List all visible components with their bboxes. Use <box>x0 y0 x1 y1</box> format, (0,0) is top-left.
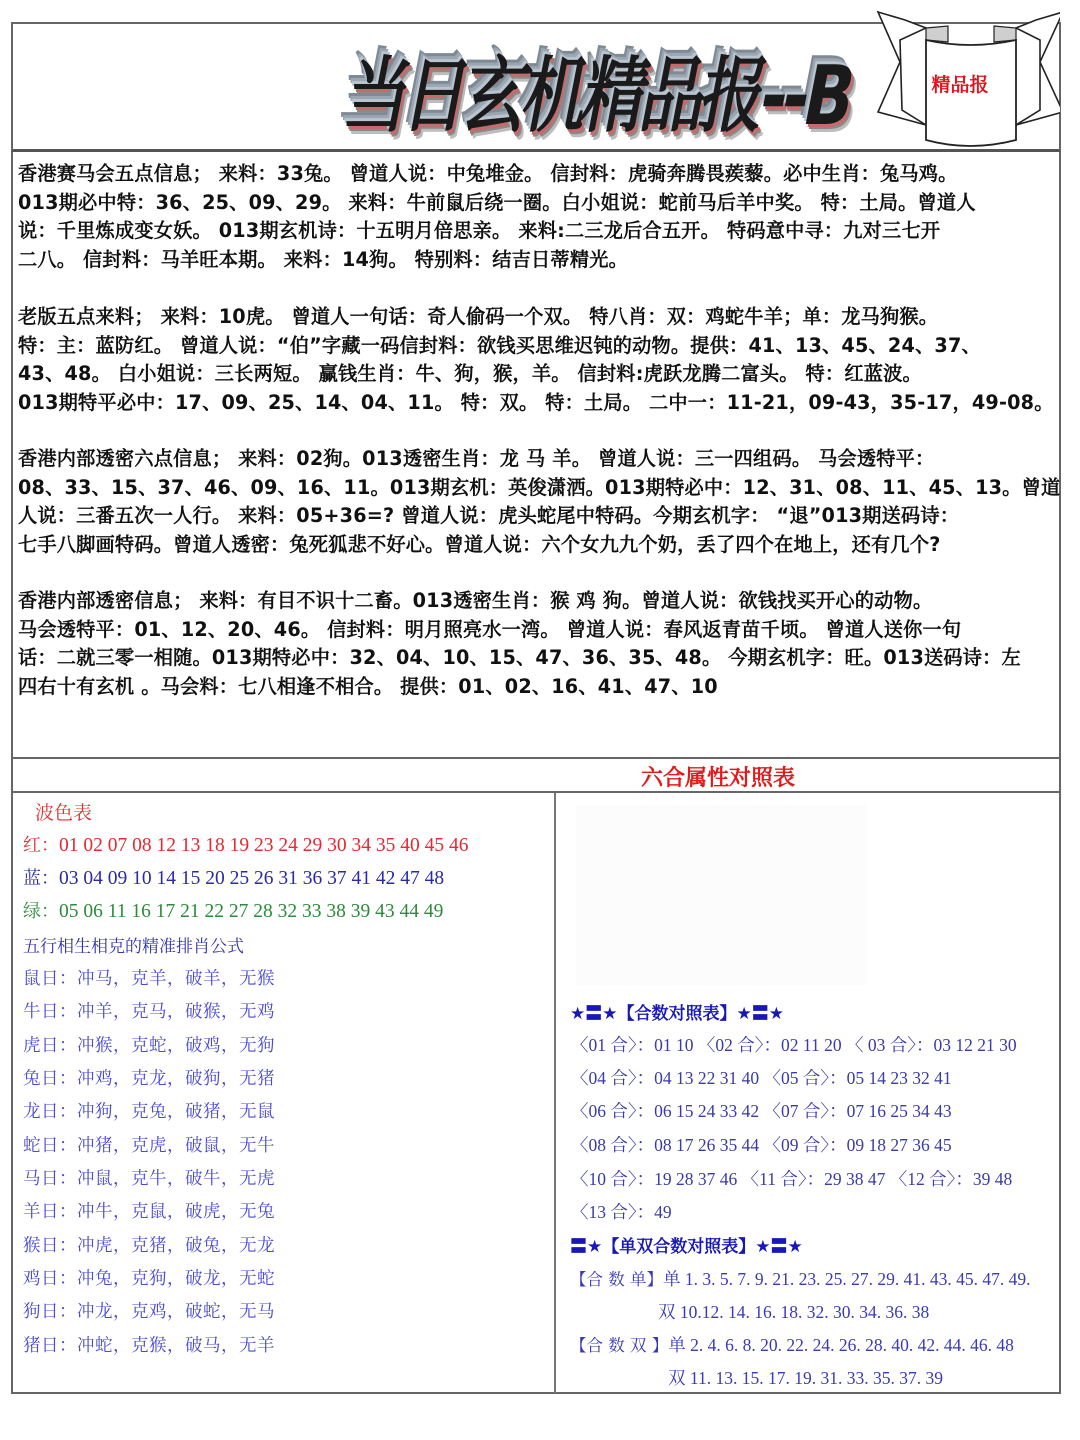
table-title: 六合属性对照表 <box>553 761 883 792</box>
zodiac-row: 牛日：冲羊，克马，破猴，无鸡 <box>23 998 275 1023</box>
odd-even-row: 双 11. 13. 15. 17. 19. 31. 33. 35. 37. 39 <box>668 1365 943 1390</box>
info-line: 话：二就三零一相随。013期特必中：32、04、10、15、47、36、35、4… <box>18 644 1063 673</box>
info-line: 香港赛马会五点信息； 来料：33兔。 曾道人说：中兔堆金。 信封料：虎骑奔腾畏蒺… <box>18 160 1063 189</box>
wave-color-title: 波色表 <box>35 798 92 825</box>
wave-label: 绿： <box>23 901 59 922</box>
info-line: 香港内部透密信息； 来料：有目不识十二畜。013透密生肖：猴 鸡 狗。曾道人说：… <box>18 587 1063 616</box>
badge-label: 精品报 <box>922 70 998 97</box>
odd-even-row: 【合 数 双 】单 2. 4. 6. 8. 20. 22. 24. 26. 28… <box>570 1332 1014 1357</box>
odd-even-prefix: 【合 数 单】 <box>570 1270 663 1289</box>
wave-numbers: 05 06 11 16 17 21 22 27 28 32 33 38 39 4… <box>59 901 443 922</box>
info-paragraph-1: 香港赛马会五点信息； 来料：33兔。 曾道人说：中兔堆金。 信封料：虎骑奔腾畏蒺… <box>18 160 1063 275</box>
wave-row-red: 红：01 02 07 08 12 13 18 19 23 24 29 30 34… <box>23 831 469 857</box>
odd-even-values: 双 11. 13. 15. 17. 19. 31. 33. 35. 37. 39 <box>668 1368 943 1388</box>
wave-row-green: 绿：05 06 11 16 17 21 22 27 28 32 33 38 39… <box>23 897 443 923</box>
column-divider <box>554 793 556 1393</box>
he-numbers-title: ★〓★【合数对照表】★〓★ <box>570 999 784 1024</box>
he-row: 〈10 合〉：19 28 37 46 〈11 合〉：29 38 47 〈12 合… <box>571 1166 1012 1191</box>
zodiac-row: 龙日：冲狗，克兔，破猪，无鼠 <box>23 1098 275 1123</box>
page-title: 当日玄机精品报--B <box>337 34 861 144</box>
ribbon-badge: 精品报 <box>860 0 1060 150</box>
blank-image-area <box>576 805 866 985</box>
he-row: 〈06 合〉：06 15 24 33 42 〈07 合〉：07 16 25 34… <box>571 1098 952 1123</box>
he-row: 〈08 合〉：08 17 26 35 44 〈09 合〉：09 18 27 36… <box>571 1132 952 1157</box>
info-line: 013期特平必中：17、09、25、14、04、11。 特：双。 特：土局。 二… <box>18 389 1063 418</box>
info-line: 43、48。 白小姐说：三长两短。 赢钱生肖：牛、狗，猴，羊。 信封料:虎跃龙腾… <box>18 360 1063 389</box>
odd-even-prefix: 【合 数 双 】 <box>570 1336 668 1355</box>
wave-label: 红： <box>23 835 59 856</box>
zodiac-row: 狗日：冲龙，克鸡，破蛇，无马 <box>23 1298 275 1323</box>
wave-row-blue: 蓝：03 04 09 10 14 15 20 25 26 31 36 37 41… <box>23 864 444 890</box>
zodiac-row: 兔日：冲鸡，克龙，破狗，无猪 <box>23 1065 275 1090</box>
info-line: 马会透特平：01、12、20、46。 信封料：明月照亮水一湾。 曾道人说：春风返… <box>18 616 1063 645</box>
info-line: 人说：三番五次一人行。 来料：05+36=? 曾道人说：虎头蛇尾中特码。今期玄机… <box>18 502 1063 531</box>
info-line: 七手八脚画特码。曾道人透密：兔死狐悲不好心。曾道人说：六个女九九个奶，丢了四个在… <box>18 531 1063 560</box>
wave-label: 蓝： <box>23 868 59 889</box>
wave-numbers: 03 04 09 10 14 15 20 25 26 31 36 37 41 4… <box>59 868 444 889</box>
info-line: 香港内部透密六点信息； 来料：02狗。013透密生肖：龙 马 羊。 曾道人说：三… <box>18 445 1063 474</box>
zodiac-row: 蛇日：冲猪，克虎，破鼠，无牛 <box>23 1132 275 1157</box>
odd-even-row: 双 10.12. 14. 16. 18. 32. 30. 34. 36. 38 <box>658 1299 929 1324</box>
info-line: 说：千里炼成变女妖。 013期玄机诗：十五明月倍思亲。 来料:二三龙后合五开。 … <box>18 217 1063 246</box>
info-section: 香港赛马会五点信息； 来料：33兔。 曾道人说：中兔堆金。 信封料：虎骑奔腾畏蒺… <box>11 152 1061 757</box>
odd-even-values: 单 2. 4. 6. 8. 20. 22. 24. 26. 28. 40. 42… <box>668 1335 1014 1355</box>
odd-even-row: 【合 数 单】单 1. 3. 5. 7. 9. 21. 23. 25. 27. … <box>570 1266 1031 1291</box>
he-row: 〈13 合〉：49 <box>571 1199 672 1224</box>
attribute-table: 六合属性对照表 波色表 红：01 02 07 08 12 13 18 19 23… <box>11 757 1061 1394</box>
zodiac-row: 猴日：冲虎，克猪，破兔，无龙 <box>23 1232 275 1257</box>
table-header: 六合属性对照表 <box>13 759 1059 793</box>
info-line: 08、33、15、37、46、09、16、11。013期玄机：英俊潇洒。013期… <box>18 474 1063 503</box>
info-line: 特：主：蓝防红。 曾道人说：“伯”字藏一码信封料：欲钱买思维迟钝的动物。提供：4… <box>18 332 1063 361</box>
info-paragraph-3: 香港内部透密六点信息； 来料：02狗。013透密生肖：龙 马 羊。 曾道人说：三… <box>18 445 1063 560</box>
zodiac-row: 马日：冲鼠，克牛，破牛，无虎 <box>23 1165 275 1190</box>
zodiac-row: 虎日：冲猴，克蛇，破鸡，无狗 <box>23 1032 275 1057</box>
zodiac-row: 猪日：冲蛇，克猴，破马，无羊 <box>23 1332 275 1357</box>
odd-even-values: 单 1. 3. 5. 7. 9. 21. 23. 25. 27. 29. 41.… <box>663 1269 1031 1289</box>
info-paragraph-2: 老版五点来料； 来料：10虎。 曾道人一句话：奇人偷码一个双。 特八肖：双：鸡蛇… <box>18 303 1063 418</box>
zodiac-row: 鸡日：冲兔，克狗，破龙，无蛇 <box>23 1265 275 1290</box>
wave-numbers: 01 02 07 08 12 13 18 19 23 24 29 30 34 3… <box>59 835 469 856</box>
info-line: 四右十有玄机 。马会料：七八相逢不相合。 提供：01、02、16、41、47、1… <box>18 673 1063 702</box>
info-paragraph-4: 香港内部透密信息； 来料：有目不识十二畜。013透密生肖：猴 鸡 狗。曾道人说：… <box>18 587 1063 702</box>
info-line: 013期必中特：36、25、09、29。 来料：牛前鼠后绕一圈。白小姐说：蛇前马… <box>18 189 1063 218</box>
he-row: 〈04 合〉：04 13 22 31 40 〈05 合〉：05 14 23 32… <box>571 1065 952 1090</box>
zodiac-row: 鼠日：冲马，克羊，破羊，无猴 <box>23 965 275 990</box>
he-row: 〈01 合〉：01 10 〈02 合〉：02 11 20 〈 03 合〉：03 … <box>571 1032 1017 1057</box>
odd-even-title: 〓★【单双合数对照表】★〓★ <box>570 1232 803 1257</box>
info-line: 老版五点来料； 来料：10虎。 曾道人一句话：奇人偷码一个双。 特八肖：双：鸡蛇… <box>18 303 1063 332</box>
odd-even-values: 双 10.12. 14. 16. 18. 32. 30. 34. 36. 38 <box>658 1302 929 1322</box>
zodiac-row: 羊日：冲牛，克鼠，破虎，无兔 <box>23 1198 275 1223</box>
formula-title: 五行相生相克的精准排肖公式 <box>23 932 244 957</box>
info-line: 二八。 信封料：马羊旺本期。 来料：14狗。 特别料：结吉日蒂精光。 <box>18 246 1063 275</box>
